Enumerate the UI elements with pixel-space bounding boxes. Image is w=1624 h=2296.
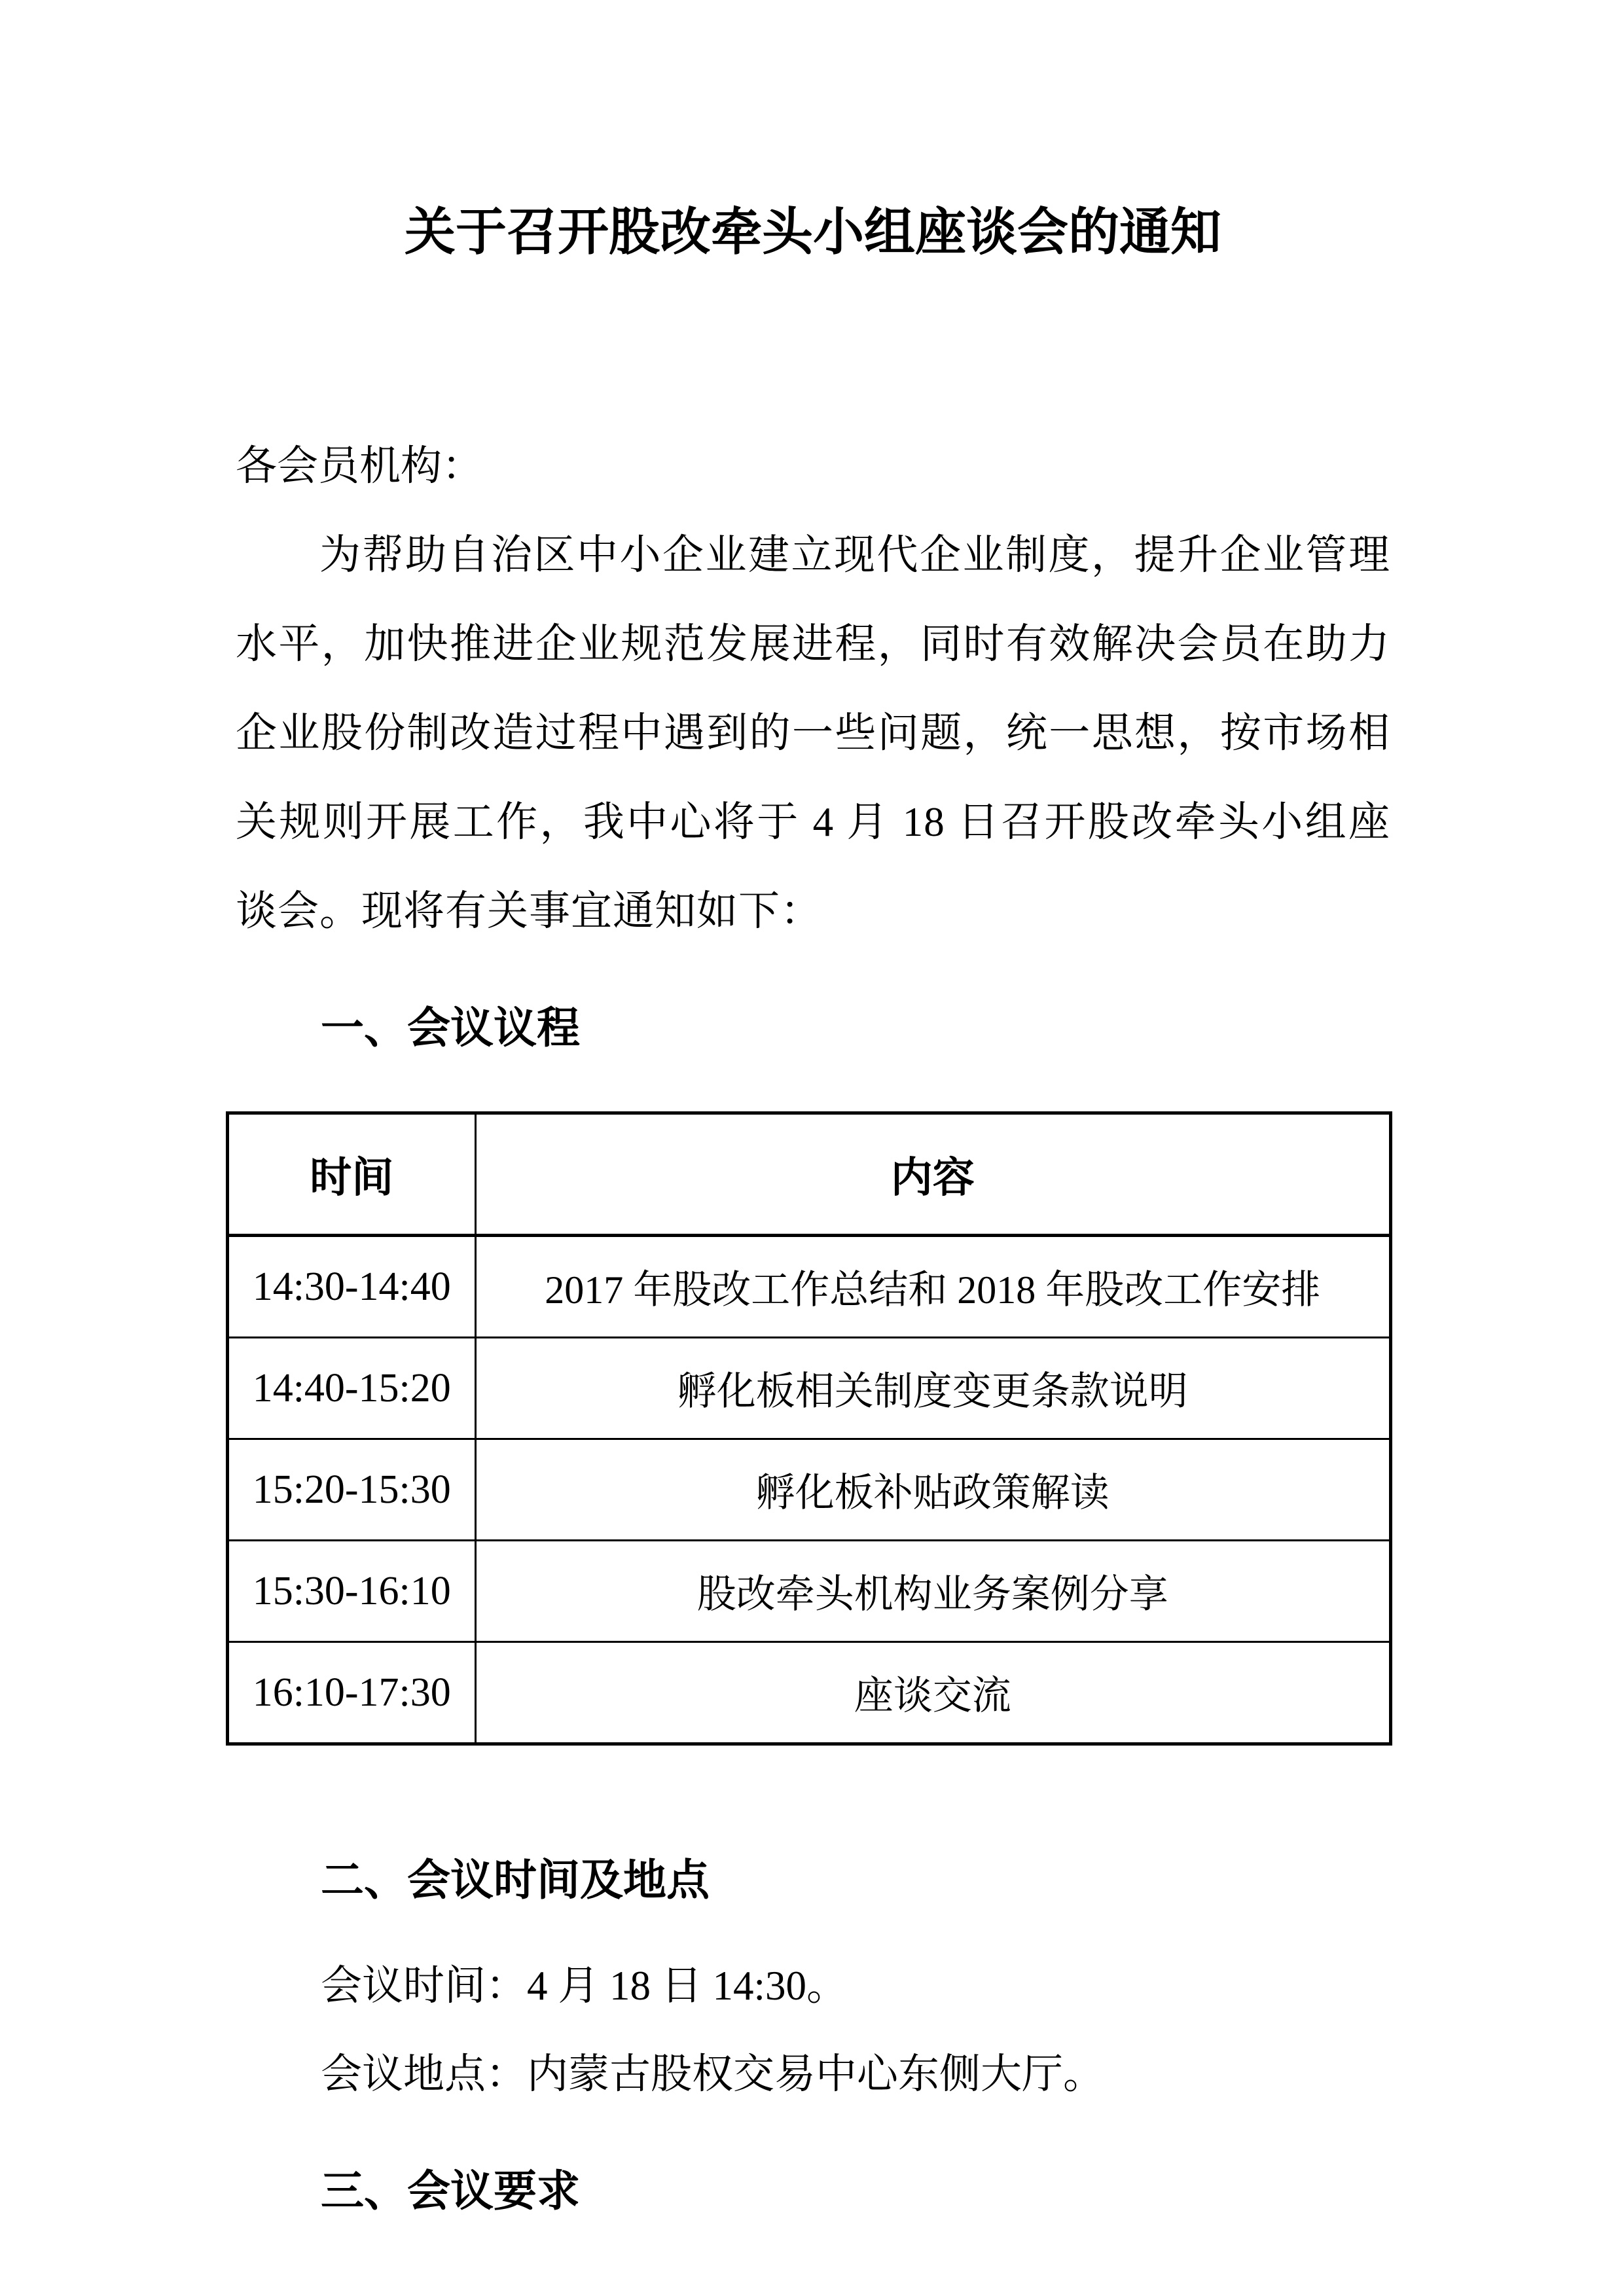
document-page: 关于召开股改牵头小组座谈会的通知 各会员机构： 为帮助自治区中小企业建立现代企业… [0, 0, 1624, 2296]
content-cell: 孵化板相关制度变更条款说明 [475, 1338, 1391, 1439]
table-row: 14:30-14:402017 年股改工作总结和 2018 年股改工作安排 [228, 1236, 1391, 1338]
table-row: 16:10-17:30座谈交流 [228, 1642, 1391, 1744]
time-cell: 16:10-17:30 [228, 1642, 476, 1744]
agenda-table-header-time: 时间 [228, 1113, 476, 1236]
content-cell: 孵化板补贴政策解读 [475, 1439, 1391, 1541]
meeting-time-line: 会议时间：4 月 18 日 14:30。 [321, 1942, 1390, 2030]
table-row: 15:20-15:30孵化板补贴政策解读 [228, 1439, 1391, 1541]
notice-paragraph: 为帮助自治区中小企业建立现代企业制度，提升企业管理水平，加快推进企业规范发展进程… [236, 511, 1390, 956]
agenda-table: 时间 内容 14:30-14:402017 年股改工作总结和 2018 年股改工… [226, 1111, 1392, 1746]
content-cell: 座谈交流 [475, 1642, 1391, 1744]
document-title: 关于召开股改牵头小组座谈会的通知 [236, 196, 1390, 268]
table-row: 14:40-15:20孵化板相关制度变更条款说明 [228, 1338, 1391, 1439]
time-cell: 15:30-16:10 [228, 1541, 476, 1642]
section-heading-requirements: 三、会议要求 [321, 2164, 1390, 2217]
section-heading-time-place: 二、会议时间及地点 [321, 1854, 1390, 1906]
time-cell: 14:30-14:40 [228, 1236, 476, 1338]
content-cell: 股改牵头机构业务案例分享 [475, 1541, 1391, 1642]
meeting-place-line: 会议地点：内蒙古股权交易中心东侧大厅。 [321, 2030, 1390, 2119]
agenda-table-body: 14:30-14:402017 年股改工作总结和 2018 年股改工作安排14:… [228, 1236, 1391, 1744]
section-heading-agenda: 一、会议议程 [321, 1001, 1390, 1054]
table-row: 15:30-16:10股改牵头机构业务案例分享 [228, 1541, 1391, 1642]
agenda-table-header-content: 内容 [475, 1113, 1391, 1236]
time-cell: 14:40-15:20 [228, 1338, 476, 1439]
agenda-table-header-row: 时间 内容 [228, 1113, 1391, 1236]
salutation: 各会员机构： [236, 422, 1390, 511]
time-cell: 15:20-15:30 [228, 1439, 476, 1541]
content-cell: 2017 年股改工作总结和 2018 年股改工作安排 [475, 1236, 1391, 1338]
